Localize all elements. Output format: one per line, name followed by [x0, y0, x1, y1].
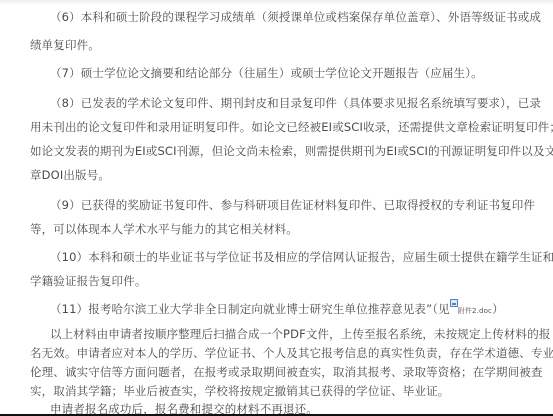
paragraph-summary-line-3: 伦理、诚实守信等方面问题者，在报考或录取期间被查实，取消其报考、录取等资格；在学… — [30, 365, 543, 379]
paragraph-summary-line-1: 以上材料由申请者按顺序整理后扫描合成一个PDF文件，上传至报名系统，未按规定上传… — [50, 327, 551, 341]
attachment-name[interactable]: 附件2.doc — [458, 307, 492, 315]
paragraph-item-9-line-2: 等，可以体现本人学术水平与能力的其它相关材料。 — [30, 222, 298, 236]
paragraph-item-6-line-1: （6）本科和硕士阶段的课程学习成绩单（须授课单位或档案保存单位盖章）、外语等级证… — [50, 10, 541, 24]
paragraph-summary-line-2: 名无效。申请者应对本人的学历、学位证书、个人及其它报考信息的真实性负责，存在学术… — [30, 346, 553, 360]
paragraph-item-7: （7）硕士学位论文摘要和结论部分（往届生）或硕士学位论文开题报告（应届生）。 — [50, 66, 483, 80]
item-11-text: （11）报考哈尔滨工业大学非全日制定向就业博士研究生单位推荐意见表”（见 — [50, 302, 450, 316]
paragraph-item-10-line-1: （10）本科和硕士的毕业证书与学位证书及相应的学信网认证报告，应届生硕士提供在籍… — [50, 250, 553, 264]
paragraph-item-8-line-2: 用未刊出的论文复印件和录用证明复印件。如论文已经被EI或SCI收录，还需提供文章… — [30, 120, 553, 134]
top-shadow — [0, 0, 553, 5]
item-11-close-paren: ） — [492, 302, 504, 316]
paragraph-summary-line-4: 实，取消其学籍；毕业后被查实，学校将按规定撤销其已获得的学位证、毕业证。 — [30, 384, 449, 398]
paragraph-item-8-line-3: 如论文发表的期刊为EI或SCI刊源，但论文尚未检索，则需提供期刊为EI或SCI的… — [30, 144, 553, 158]
paragraph-item-10-line-2: 学籍验证报告复印件。 — [30, 274, 147, 288]
paragraph-item-11: （11）报考哈尔滨工业大学非全日制定向就业博士研究生单位推荐意见表”（见附件2.… — [50, 302, 504, 318]
paragraph-item-8-line-4: 章DOI出版号。 — [30, 168, 110, 182]
doc-file-icon — [450, 299, 458, 307]
paragraph-item-6-line-2: 绩单复印件。 — [30, 38, 100, 52]
paragraph-item-8-line-1: （8）已发表的学术论文复印件、期刊封皮和目录复印件（具体要求见报名系统填写要求）… — [50, 96, 541, 110]
attachment-link[interactable]: 附件2.doc — [450, 302, 492, 318]
paragraph-item-9-line-1: （9）已获得的奖励证书复印件、参与科研项目佐证材料复印件、已取得授权的专利证书复… — [50, 198, 535, 212]
